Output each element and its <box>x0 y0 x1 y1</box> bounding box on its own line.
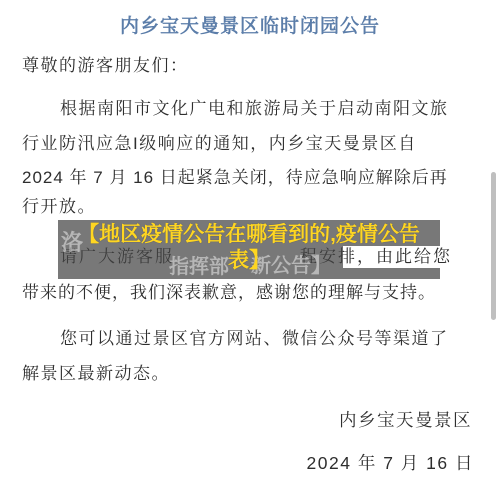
body-line: 解景区最新动态。 <box>22 363 170 385</box>
notice-page: 内乡宝天曼景区临时闭园公告 尊敬的游客朋友们： 根据南阳市文化广电和旅游局关于启… <box>0 0 500 500</box>
body-line: 2024 年 7 月 16 日起紧急关闭，待应急响应解除后再 <box>22 167 448 189</box>
body-line: 您可以通过景区官方网站、微信公众号等渠道了 <box>60 328 449 350</box>
scrollbar-thumb[interactable] <box>491 172 496 320</box>
salutation-line: 尊敬的游客朋友们： <box>22 55 189 77</box>
overlay-caption-line1: 【地区疫情公告在哪看到的,疫情公告 <box>58 222 440 248</box>
body-line: 根据南阳市文化广电和旅游局关于启动南阳文旅 <box>60 98 449 120</box>
notice-title: 内乡宝天曼景区临时闭园公告 <box>0 11 500 38</box>
body-line: 行业防汛应急I级响应的通知，内乡宝天曼景区自 <box>22 133 417 155</box>
date-line: 2024 年 7 月 16 日 <box>307 450 474 475</box>
body-line: 行开放。 <box>22 196 96 218</box>
body-line: 带来的不便，我们深表歉意，感谢您的理解与支持。 <box>22 282 436 304</box>
signature: 内乡宝天曼景区 <box>339 407 472 432</box>
overlay-caption-line2: 表】 <box>58 248 440 274</box>
